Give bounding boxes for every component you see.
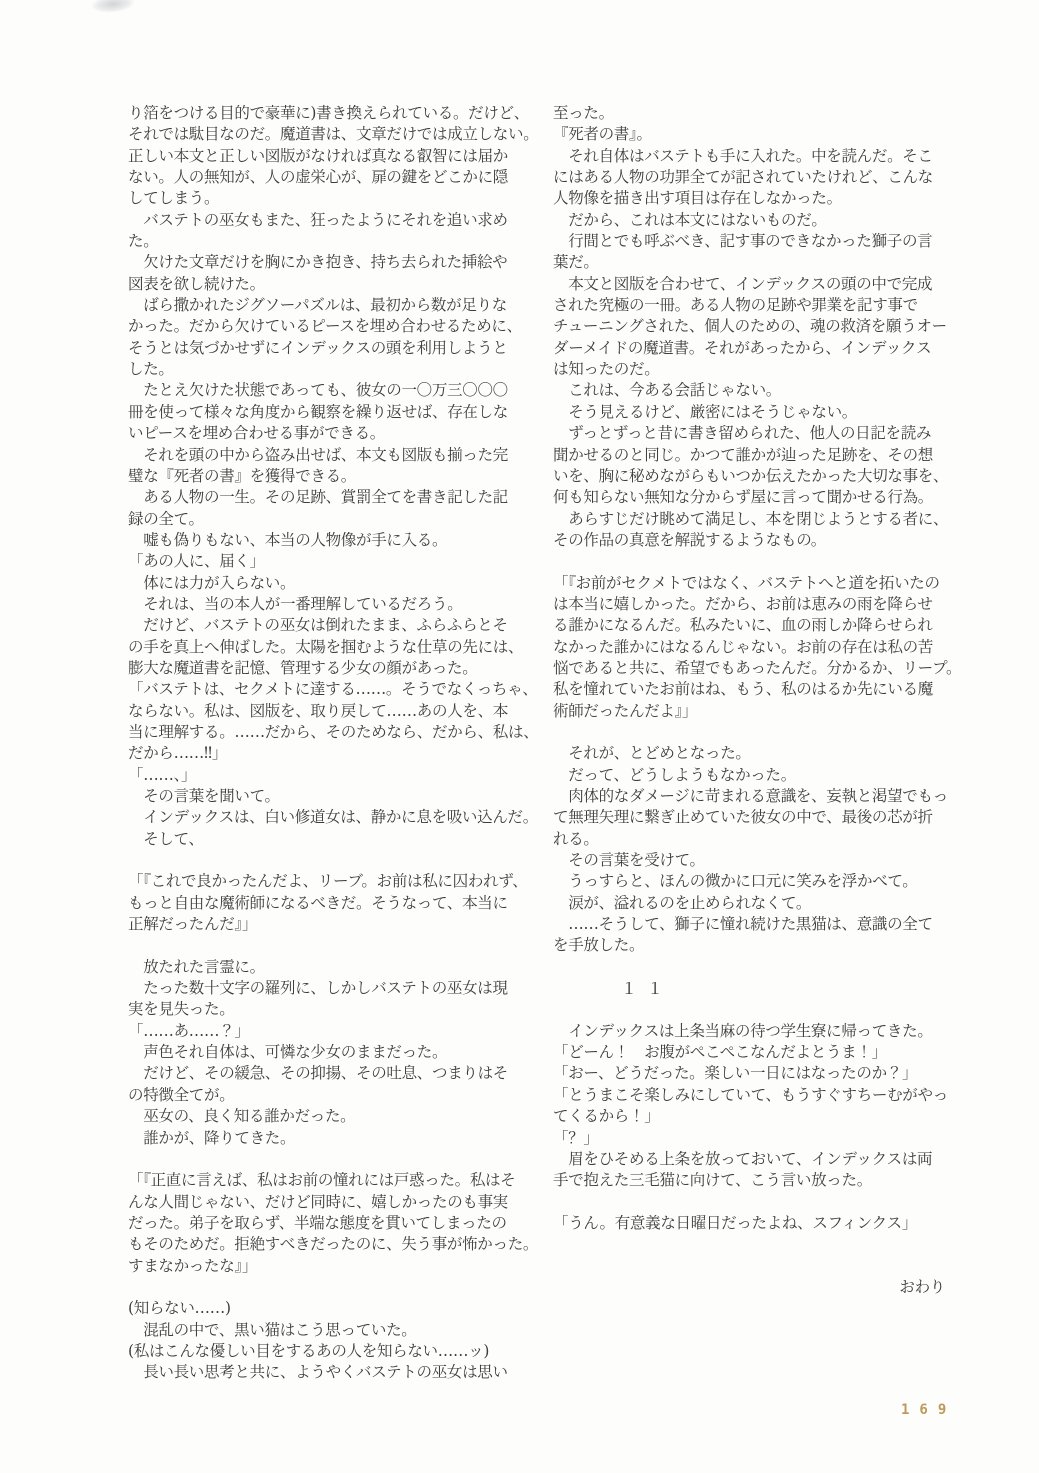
text-line: てくるから！」 (553, 1106, 957, 1127)
text-line: チューニングされた、個人のための、魂の救済を願うオー (553, 316, 957, 337)
text-line: なかった誰かにはなるんじゃない。お前の存在は私の苦 (553, 637, 957, 658)
text-line: た。 (128, 231, 532, 252)
document-page: り箔をつける目的で豪華に)書き換えられている。だけど、それでは駄目なのだ。魔道書… (0, 0, 1039, 1473)
text-line: した。 (128, 359, 532, 380)
text-line: それを頭の中から盗み出せば、本文も図版も揃った完 (128, 445, 532, 466)
text-line: れる。 (553, 829, 957, 850)
text-line: にはある人物の功罪全てが記されていたけれど、こんな (553, 167, 957, 188)
blank-line (553, 1234, 957, 1255)
right-text-column: 至った。『死者の書』。 それ自体はバステトも手に入れた。中を読んだ。そこにはある… (553, 103, 957, 1298)
blank-line (553, 999, 957, 1020)
text-line: インデックスは上条当麻の待つ学生寮に帰ってきた。 (553, 1021, 957, 1042)
text-line: の特徴全てが。 (128, 1085, 532, 1106)
text-line: 正しい本文と正しい図版がなければ真なる叡智には届か (128, 146, 532, 167)
text-line: 図表を欲し続けた。 (128, 274, 532, 295)
text-line: 『死者の書』。 (553, 124, 957, 145)
text-line: 「どーん！ お腹がぺこぺこなんだよとうま！」 (553, 1042, 957, 1063)
text-line: 本文と図版を合わせて、インデックスの頭の中で完成 (553, 274, 957, 295)
text-line: それは、当の本人が一番理解しているだろう。 (128, 594, 532, 615)
blank-line (553, 957, 957, 978)
text-line: 私を憧れていたお前はね、もう、私のはるか先にいる魔 (553, 679, 957, 700)
text-line: あらすじだけ眺めて満足し、本を閉じようとする者に、 (553, 509, 957, 530)
text-line: 術師だったんだよ』」 (553, 701, 957, 722)
text-line: ……そうして、獅子に憧れ続けた黒猫は、意識の全て (553, 914, 957, 935)
text-line: 「『正直に言えば、私はお前の憧れには戸惑った。私はそ (128, 1170, 532, 1191)
text-line: そう見えるけど、厳密にはそうじゃない。 (553, 402, 957, 423)
text-line: バステトの巫女もまた、狂ったようにそれを追い求め (128, 210, 532, 231)
text-line: だから……‼」 (128, 743, 532, 764)
text-line: それでは駄目なのだ。魔道書は、文章だけでは成立しない。 (128, 124, 532, 145)
text-line: うっすらと、ほんの微かに口元に笑みを浮かべて。 (553, 871, 957, 892)
page-number: 169 (901, 1402, 956, 1418)
text-line: 「……、」 (128, 765, 532, 786)
text-line: (知らない……) (128, 1298, 532, 1319)
text-line: 人物像を描き出す項目は存在しなかった。 (553, 188, 957, 209)
text-line: だけど、バステトの巫女は倒れたまま、ふらふらとそ (128, 615, 532, 636)
text-line: ある人物の一生。その足跡、賞罰全てを書き記した記 (128, 487, 532, 508)
text-line: その作品の真意を解説するようなもの。 (553, 530, 957, 551)
text-line: を手放した。 (553, 935, 957, 956)
text-line: 聞かせるのと同じ。かつて誰かが辿った足跡を、その想 (553, 445, 957, 466)
text-line: 璧な『死者の書』を獲得できる。 (128, 466, 532, 487)
text-line: 至った。 (553, 103, 957, 124)
blank-line (553, 1256, 957, 1277)
text-line: 「『これで良かったんだよ、リーブ。お前は私に囚われず、 (128, 871, 532, 892)
text-line: その言葉を受けて。 (553, 850, 957, 871)
text-line: 涙が、溢れるのを止められなくて。 (553, 893, 957, 914)
text-line: 「とうまこそ楽しみにしていて、もうすぐすちーむがやっ (553, 1085, 957, 1106)
text-line: いを、胸に秘めながらもいつか伝えたかった大切な事を、 (553, 466, 957, 487)
text-line: 放たれた言霊に。 (128, 957, 532, 978)
text-line: その言葉を聞いて。 (128, 786, 532, 807)
text-line: ならない。私は、図版を、取り戻して……あの人を、本 (128, 701, 532, 722)
text-line: 正解だったんだ』」 (128, 914, 532, 935)
blank-line (553, 722, 957, 743)
text-line: (私はこんな優しい目をするあの人を知らない……ッ) (128, 1341, 532, 1362)
text-line: 冊を使って様々な角度から観察を繰り返せば、存在しな (128, 402, 532, 423)
text-line: 「うん。有意義な日曜日だったよね、スフィンクス」 (553, 1213, 957, 1234)
text-line: 何も知らない無知な分からず屋に言って聞かせる行為。 (553, 487, 957, 508)
text-line: 「あの人に、届く」 (128, 551, 532, 572)
section-number-heading: １１ (553, 978, 957, 999)
text-line: インデックスは、白い修道女は、静かに息を吸い込んだ。 (128, 807, 532, 828)
text-line: 誰かが、降りてきた。 (128, 1128, 532, 1149)
blank-line (128, 1277, 532, 1298)
text-line: そうとは気づかせずにインデックスの頭を利用しようと (128, 338, 532, 359)
text-line: 欠けた文章だけを胸にかき抱き、持ち去られた挿絵や (128, 252, 532, 273)
text-line: そして、 (128, 829, 532, 850)
blank-line (128, 935, 532, 956)
text-line: もっと自由な魔術師になるべきだ。そうなって、本当に (128, 893, 532, 914)
text-line: は本当に嬉しかった。だから、お前は恵みの雨を降らせ (553, 594, 957, 615)
text-line: いピースを埋め合わせる事ができる。 (128, 423, 532, 444)
end-mark: おわり (553, 1277, 957, 1298)
text-line: 録の全て。 (128, 509, 532, 530)
text-line: 葉だ。 (553, 252, 957, 273)
text-line: 「……あ……？」 (128, 1021, 532, 1042)
blank-line (128, 1149, 532, 1170)
text-line: 体には力が入らない。 (128, 573, 532, 594)
text-line: る誰かになるんだ。私みたいに、血の雨しか降らせられ (553, 615, 957, 636)
text-line: 「おー、どうだった。楽しい一日にはなったのか？」 (553, 1063, 957, 1084)
text-line: 「バステトは、セクメトに達する……。そうでなくっちゃ、 (128, 679, 532, 700)
text-line: 行間とでも呼ぶべき、記す事のできなかった獅子の言 (553, 231, 957, 252)
text-line: だから、これは本文にはないものだ。 (553, 210, 957, 231)
text-line: すまなかったな』」 (128, 1256, 532, 1277)
text-line: 当に理解する。……だから、そのためなら、だから、私は、 (128, 722, 532, 743)
text-line: の手を真上へ伸ばした。太陽を掴むような仕草の先には、 (128, 637, 532, 658)
text-line: 声色それ自体は、可憐な少女のままだった。 (128, 1042, 532, 1063)
text-line: り箔をつける目的で豪華に)書き換えられている。だけど、 (128, 103, 532, 124)
scan-smudge-mark (91, 0, 134, 14)
text-line: 膨大な魔道書を記憶、管理する少女の顔があった。 (128, 658, 532, 679)
blank-line (553, 551, 957, 572)
text-line: たった数十文字の羅列に、しかしバステトの巫女は現 (128, 978, 532, 999)
text-line: 嘘も偽りもない、本当の人物像が手に入る。 (128, 530, 532, 551)
text-line: 眉をひそめる上条を放っておいて、インデックスは両 (553, 1149, 957, 1170)
text-line: それが、とどめとなった。 (553, 743, 957, 764)
text-line: 「？」 (553, 1128, 957, 1149)
text-line: は知ったのだ。 (553, 359, 957, 380)
left-text-column: り箔をつける目的で豪華に)書き換えられている。だけど、それでは駄目なのだ。魔道書… (128, 103, 532, 1384)
text-line: ダーメイドの魔道書。それがあったから、インデックス (553, 338, 957, 359)
blank-line (553, 1192, 957, 1213)
text-line: ばら撒かれたジグソーパズルは、最初から数が足りな (128, 295, 532, 316)
text-line: んな人間じゃない、だけど同時に、嬉しかったのも事実 (128, 1192, 532, 1213)
blank-line (128, 850, 532, 871)
text-line: 混乱の中で、黒い猫はこう思っていた。 (128, 1320, 532, 1341)
text-line: これは、今ある会話じゃない。 (553, 380, 957, 401)
text-line: 肉体的なダメージに苛まれる意識を、妄執と渇望でもっ (553, 786, 957, 807)
text-line: て無理矢理に繋ぎ止めていた彼女の中で、最後の芯が折 (553, 807, 957, 828)
text-line: してしまう。 (128, 188, 532, 209)
text-line: された究極の一冊。ある人物の足跡や罪業を記す事で (553, 295, 957, 316)
text-line: 長い長い思考と共に、ようやくバステトの巫女は思い (128, 1362, 532, 1383)
text-line: たとえ欠けた状態であっても、彼女の一〇万三〇〇〇 (128, 380, 532, 401)
text-line: かった。だから欠けているピースを埋め合わせるために、 (128, 316, 532, 337)
text-line: だった。弟子を取らず、半端な態度を貫いてしまったの (128, 1213, 532, 1234)
text-line: 実を見失った。 (128, 999, 532, 1020)
text-line: それ自体はバステトも手に入れた。中を読んだ。そこ (553, 146, 957, 167)
text-line: 悩であると共に、希望でもあったんだ。分かるか、リープ。 (553, 658, 957, 679)
text-line: だって、どうしようもなかった。 (553, 765, 957, 786)
text-line: 「『お前がセクメトではなく、バステトへと道を拓いたの (553, 573, 957, 594)
text-line: 巫女の、良く知る誰かだった。 (128, 1106, 532, 1127)
text-line: もそのためだ。拒絶すべきだったのに、失う事が怖かった。 (128, 1234, 532, 1255)
text-line: ずっとずっと昔に書き留められた、他人の日記を読み (553, 423, 957, 444)
text-line: 手で抱えた三毛猫に向けて、こう言い放った。 (553, 1170, 957, 1191)
text-line: だけど、その緩急、その抑揚、その吐息、つまりはそ (128, 1063, 532, 1084)
text-line: ない。人の無知が、人の虚栄心が、扉の鍵をどこかに隠 (128, 167, 532, 188)
